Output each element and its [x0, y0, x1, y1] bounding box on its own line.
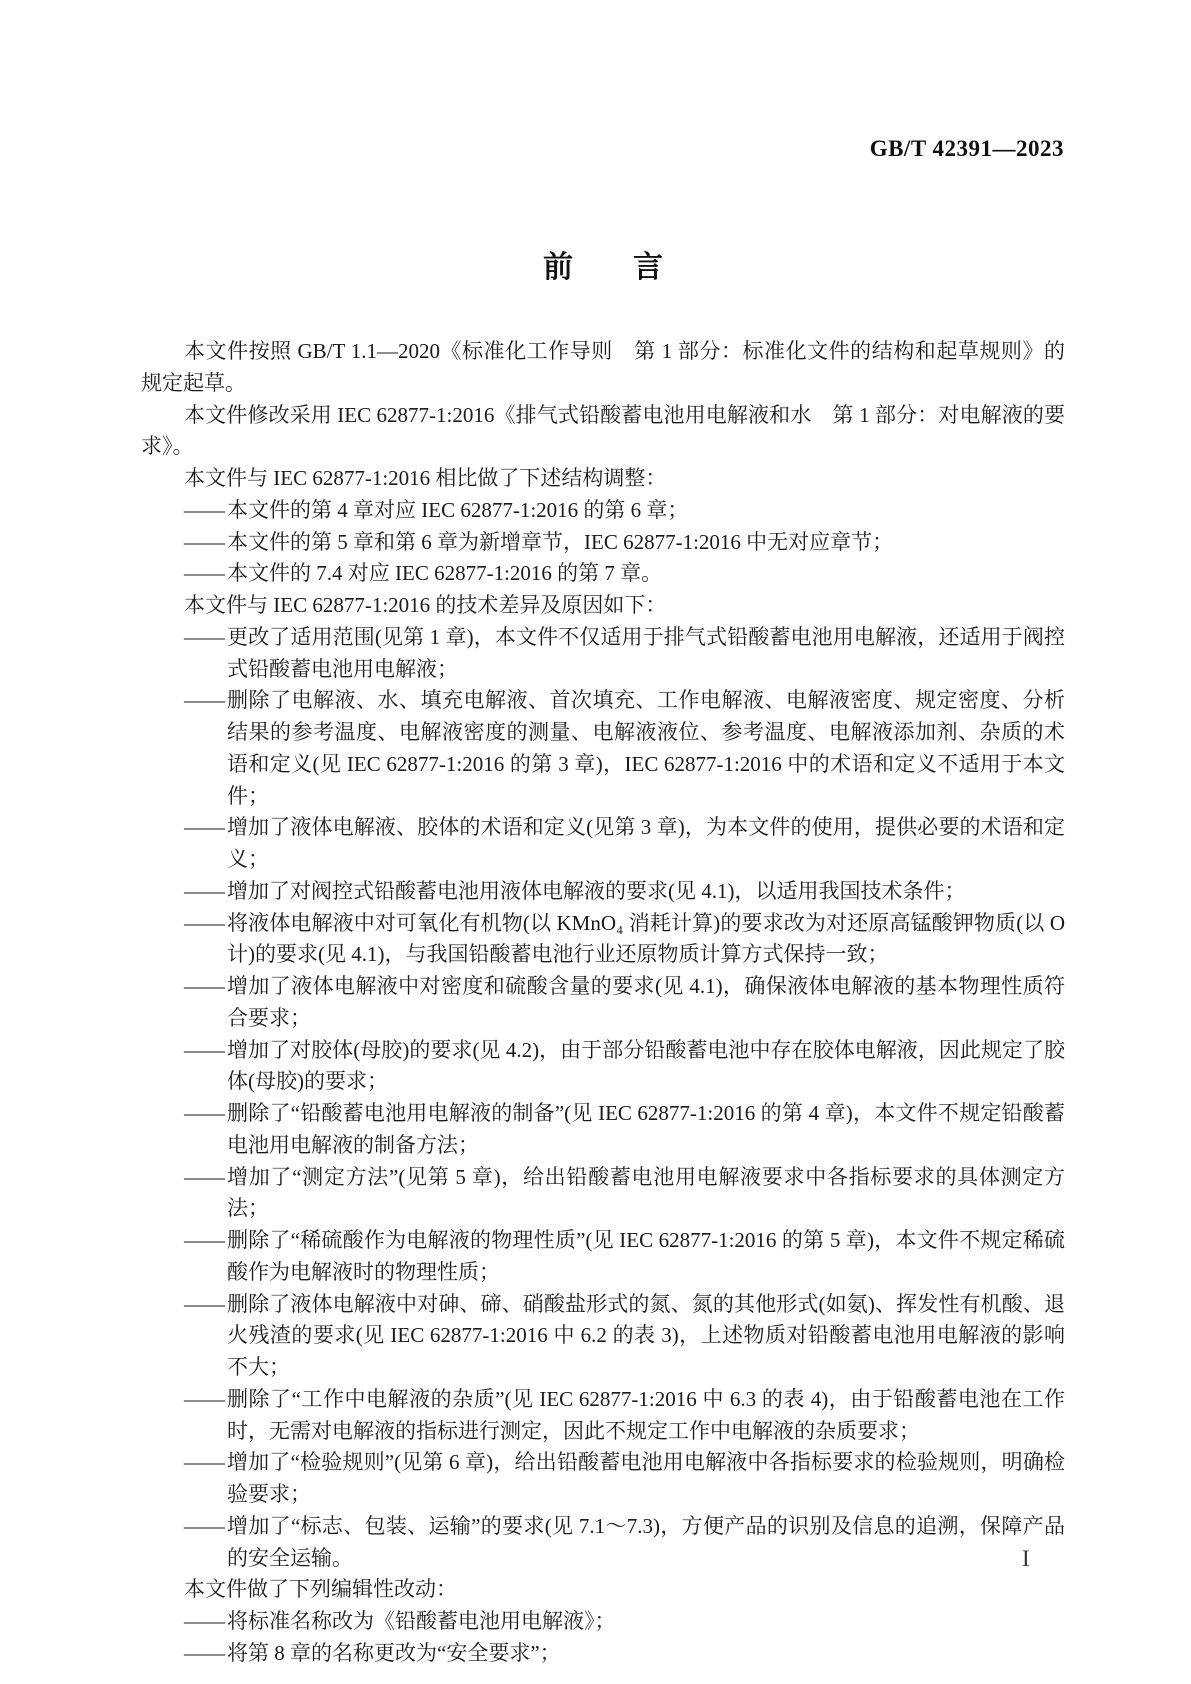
- dash-list-item: ——删除了液体电解液中对砷、碲、硝酸盐形式的氮、氮的其他形式(如氨)、挥发性有机…: [141, 1289, 1065, 1384]
- foreword-body: 本文件按照 GB/T 1.1—2020《标准化工作导则 第 1 部分：标准化文件…: [141, 336, 1065, 1670]
- dash-marker: ——: [184, 908, 224, 940]
- dash-item-text: 将第 8 章的名称更改为“安全要求”；: [227, 1641, 561, 1665]
- paragraph: 本文件做了下列编辑性改动：: [141, 1574, 1065, 1606]
- dash-marker: ——: [184, 527, 224, 559]
- dash-marker: ——: [184, 622, 224, 654]
- dash-list-item: ——删除了“铅酸蓄电池用电解液的制备”(见 IEC 62877-1:2016 的…: [141, 1098, 1065, 1162]
- dash-item-text: 更改了适用范围(见第 1 章)，本文件不仅适用于排气式铅酸蓄电池用电解液，还适用…: [227, 625, 1065, 681]
- dash-list-item: ——本文件的第 4 章对应 IEC 62877-1:2016 的第 6 章；: [141, 495, 1065, 527]
- dash-item-text: 增加了对胶体(母胶)的要求(见 4.2)，由于部分铅酸蓄电池中存在胶体电解液，因…: [227, 1038, 1065, 1094]
- dash-marker: ——: [184, 876, 224, 908]
- dash-marker: ——: [184, 1384, 224, 1416]
- dash-marker: ——: [184, 1447, 224, 1479]
- dash-item-text: 将液体电解液中对可氧化有机物(以 KMnO₄ 消耗计算)的要求改为对还原高锰酸钾…: [227, 911, 1065, 967]
- paragraph: 本文件按照 GB/T 1.1—2020《标准化工作导则 第 1 部分：标准化文件…: [141, 336, 1065, 400]
- dash-list-item: ——将标准名称改为《铅酸蓄电池用电解液》；: [141, 1606, 1065, 1638]
- dash-marker: ——: [184, 1098, 224, 1130]
- dash-list-item: ——增加了对胶体(母胶)的要求(见 4.2)，由于部分铅酸蓄电池中存在胶体电解液…: [141, 1035, 1065, 1099]
- dash-item-text: 删除了液体电解液中对砷、碲、硝酸盐形式的氮、氮的其他形式(如氨)、挥发性有机酸、…: [227, 1292, 1065, 1380]
- dash-marker: ——: [184, 1225, 224, 1257]
- dash-item-text: 删除了“工作中电解液的杂质”(见 IEC 62877-1:2016 中 6.3 …: [227, 1387, 1065, 1443]
- dash-item-text: 增加了“标志、包装、运输”的要求(见 7.1～7.3)，方便产品的识别及信息的追…: [227, 1514, 1065, 1570]
- dash-list-item: ——更改了适用范围(见第 1 章)，本文件不仅适用于排气式铅酸蓄电池用电解液，还…: [141, 622, 1065, 686]
- standard-number: GB/T 42391—2023: [870, 136, 1064, 162]
- dash-marker: ——: [184, 971, 224, 1003]
- dash-list-item: ——本文件的第 5 章和第 6 章为新增章节，IEC 62877-1:2016 …: [141, 527, 1065, 559]
- dash-list-item: ——增加了对阀控式铅酸蓄电池用液体电解液的要求(见 4.1)，以适用我国技术条件…: [141, 876, 1065, 908]
- dash-list-item: ——删除了“工作中电解液的杂质”(见 IEC 62877-1:2016 中 6.…: [141, 1384, 1065, 1448]
- dash-list-item: ——删除了电解液、水、填充电解液、首次填充、工作电解液、电解液密度、规定密度、分…: [141, 685, 1065, 812]
- dash-marker: ——: [184, 1606, 224, 1638]
- dash-list-item: ——增加了液体电解液中对密度和硫酸含量的要求(见 4.1)，确保液体电解液的基本…: [141, 971, 1065, 1035]
- dash-item-text: 删除了“铅酸蓄电池用电解液的制备”(见 IEC 62877-1:2016 的第 …: [227, 1101, 1065, 1157]
- dash-list-item: ——增加了“标志、包装、运输”的要求(见 7.1～7.3)，方便产品的识别及信息…: [141, 1511, 1065, 1575]
- dash-marker: ——: [184, 685, 224, 717]
- dash-marker: ——: [184, 558, 224, 590]
- dash-item-text: 删除了“稀硫酸作为电解液的物理性质”(见 IEC 62877-1:2016 的第…: [227, 1228, 1065, 1284]
- document-page: GB/T 42391—2023 前 言 本文件按照 GB/T 1.1—2020《…: [0, 0, 1191, 1684]
- dash-item-text: 本文件的第 4 章对应 IEC 62877-1:2016 的第 6 章；: [227, 498, 688, 522]
- dash-item-text: 增加了“测定方法”(见第 5 章)，给出铅酸蓄电池用电解液要求中各指标要求的具体…: [227, 1165, 1065, 1221]
- dash-marker: ——: [184, 495, 224, 527]
- dash-marker: ——: [184, 1511, 224, 1543]
- dash-item-text: 增加了对阀控式铅酸蓄电池用液体电解液的要求(见 4.1)，以适用我国技术条件；: [227, 879, 965, 903]
- dash-item-text: 增加了液体电解液、胶体的术语和定义(见第 3 章)，为本文件的使用，提供必要的术…: [227, 815, 1065, 871]
- dash-marker: ——: [184, 1289, 224, 1321]
- paragraph: 本文件与 IEC 62877-1:2016 相比做了下述结构调整：: [141, 463, 1065, 495]
- dash-marker: ——: [184, 1035, 224, 1067]
- dash-item-text: 删除了电解液、水、填充电解液、首次填充、工作电解液、电解液密度、规定密度、分析结…: [227, 688, 1065, 807]
- paragraph: 本文件修改采用 IEC 62877-1:2016《排气式铅酸蓄电池用电解液和水 …: [141, 400, 1065, 464]
- dash-list-item: ——将液体电解液中对可氧化有机物(以 KMnO₄ 消耗计算)的要求改为对还原高锰…: [141, 908, 1065, 972]
- dash-marker: ——: [184, 1638, 224, 1670]
- dash-list-item: ——本文件的 7.4 对应 IEC 62877-1:2016 的第 7 章。: [141, 558, 1065, 590]
- dash-list-item: ——删除了“稀硫酸作为电解液的物理性质”(见 IEC 62877-1:2016 …: [141, 1225, 1065, 1289]
- dash-list-item: ——增加了液体电解液、胶体的术语和定义(见第 3 章)，为本文件的使用，提供必要…: [141, 812, 1065, 876]
- dash-marker: ——: [184, 1162, 224, 1194]
- paragraph: 本文件与 IEC 62877-1:2016 的技术差异及原因如下：: [141, 590, 1065, 622]
- dash-marker: ——: [184, 812, 224, 844]
- page-title: 前 言: [141, 242, 1065, 286]
- page-number: I: [1022, 1546, 1030, 1572]
- dash-item-text: 本文件的第 5 章和第 6 章为新增章节，IEC 62877-1:2016 中无…: [227, 530, 893, 554]
- dash-list-item: ——将第 8 章的名称更改为“安全要求”；: [141, 1638, 1065, 1670]
- dash-item-text: 将标准名称改为《铅酸蓄电池用电解液》；: [227, 1609, 616, 1633]
- dash-item-text: 增加了“检验规则”(见第 6 章)，给出铅酸蓄电池用电解液中各指标要求的检验规则…: [227, 1450, 1065, 1506]
- dash-list-item: ——增加了“检验规则”(见第 6 章)，给出铅酸蓄电池用电解液中各指标要求的检验…: [141, 1447, 1065, 1511]
- dash-item-text: 本文件的 7.4 对应 IEC 62877-1:2016 的第 7 章。: [227, 561, 662, 585]
- dash-list-item: ——增加了“测定方法”(见第 5 章)，给出铅酸蓄电池用电解液要求中各指标要求的…: [141, 1162, 1065, 1226]
- dash-item-text: 增加了液体电解液中对密度和硫酸含量的要求(见 4.1)，确保液体电解液的基本物理…: [227, 974, 1065, 1030]
